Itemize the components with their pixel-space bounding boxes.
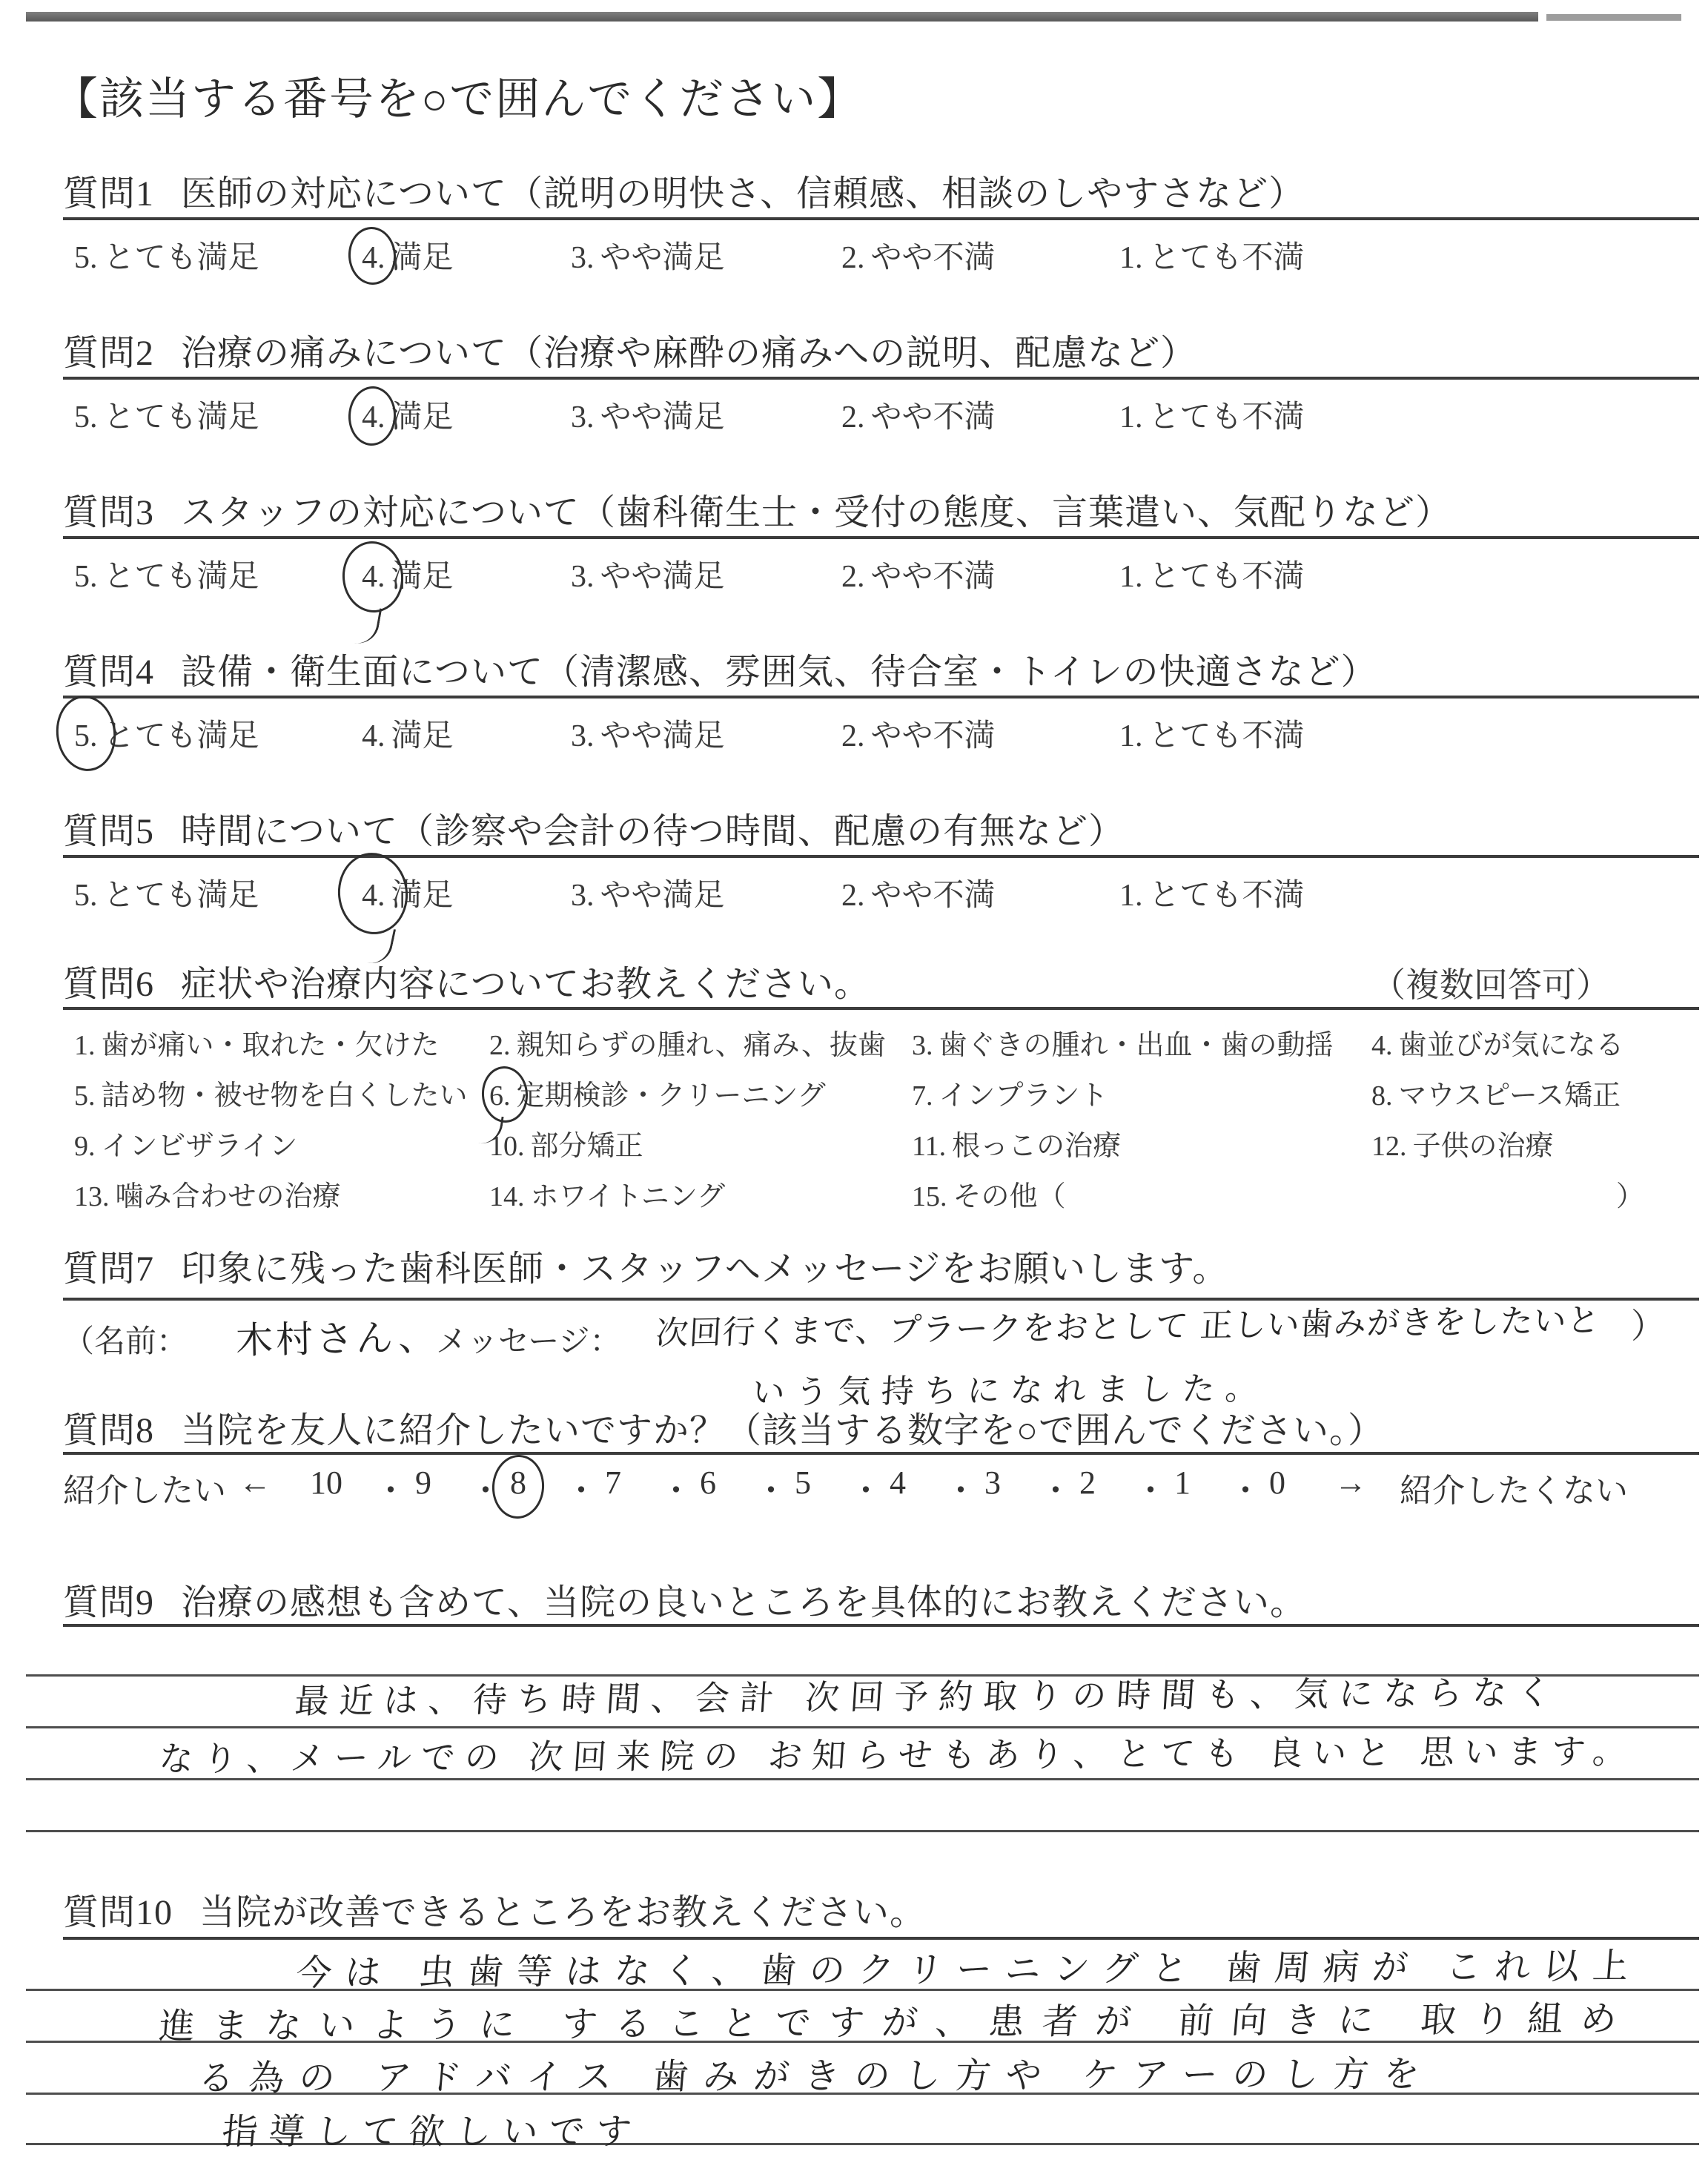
option-number: 2. bbox=[841, 879, 865, 913]
option-label: やや不満 bbox=[871, 879, 996, 913]
q1-option-2: 2.やや不満 bbox=[841, 233, 996, 277]
option-number: 5. bbox=[74, 400, 98, 435]
q8-number-1: 1 bbox=[1174, 1464, 1191, 1502]
question-1-underline bbox=[63, 217, 1699, 220]
question-4-number: 質問4 bbox=[63, 653, 154, 692]
option-label: やや満足 bbox=[600, 560, 725, 594]
survey-scan-page: 【該当する番号を○で囲んでください】 質問1医師の対応について（説明の明快さ、信… bbox=[0, 0, 1708, 2160]
question-4-header: 質問4設備・衛生面について（清潔感、雰囲気、待合室・トイレの快適さなど） bbox=[63, 643, 1377, 694]
option-number: 9. bbox=[74, 1131, 96, 1162]
q8-left-arrow-icon: ← bbox=[239, 1464, 271, 1502]
q2-option-1: 1.とても不満 bbox=[1119, 392, 1305, 437]
q8-dot: ・ bbox=[374, 1464, 407, 1511]
q8-number-2: 2 bbox=[1079, 1464, 1096, 1502]
question-1-number: 質問1 bbox=[63, 174, 154, 214]
option-label: 子供の治療 bbox=[1413, 1131, 1554, 1162]
q8-number-7: 7 bbox=[605, 1464, 621, 1502]
question-6-underline bbox=[63, 1007, 1699, 1010]
question-7-title: 印象に残った歯科医師・スタッフへメッセージをお願いします。 bbox=[181, 1249, 1228, 1289]
option-label: やや満足 bbox=[600, 241, 725, 275]
q10-answer-handwritten-line4: 指導して欲しいです bbox=[220, 2103, 645, 2154]
option-number: 2. bbox=[841, 560, 865, 594]
option-label: その他（ bbox=[953, 1181, 1066, 1212]
q4-option-4: 4.満足 bbox=[362, 711, 454, 756]
q2-option-2: 2.やや不満 bbox=[841, 392, 996, 437]
option-label: とても満足 bbox=[104, 400, 259, 435]
option-number: 1. bbox=[1119, 400, 1143, 435]
option-number: 1. bbox=[1119, 879, 1143, 913]
option-label: 根っこの治療 bbox=[952, 1131, 1121, 1162]
q9-answer-line bbox=[26, 1830, 1699, 1832]
option-label: ホワイトニング bbox=[531, 1181, 726, 1212]
option-label: 歯が痛い・取れた・欠けた bbox=[102, 1030, 440, 1061]
q8-number-0: 0 bbox=[1269, 1464, 1285, 1502]
option-label: インプラント bbox=[939, 1080, 1108, 1112]
q5-option-3: 3.やや満足 bbox=[571, 871, 725, 915]
q6-other-paren-close: ） bbox=[1616, 1173, 1644, 1214]
q10-answer-handwritten-line1: 今は 虫歯等はなく、歯のクリーニングと 歯周病が これ以上 bbox=[294, 1937, 1644, 1995]
q8-number-10: 10 bbox=[310, 1464, 342, 1502]
question-8-header: 質問8当院を友人に紹介したいですか？（該当する数字を○で囲んでください。） bbox=[63, 1401, 1384, 1453]
question-5-header: 質問5時間について（診察や会計の待つ時間、配慮の有無など） bbox=[63, 802, 1125, 853]
q7-message-label: メッセージ： bbox=[436, 1317, 620, 1361]
option-label: 満足 bbox=[391, 400, 454, 435]
q8-dot: ・ bbox=[1039, 1464, 1072, 1511]
question-5-title: 時間について（診察や会計の待つ時間、配慮の有無など） bbox=[181, 812, 1125, 851]
question-7-header: 質問7印象に残った歯科医師・スタッフへメッセージをお願いします。 bbox=[63, 1240, 1228, 1291]
option-label: やや満足 bbox=[600, 400, 725, 435]
q8-dot: ・ bbox=[1134, 1464, 1167, 1511]
option-label: とても不満 bbox=[1149, 400, 1305, 435]
q8-number-5: 5 bbox=[795, 1464, 811, 1502]
option-number: 1. bbox=[74, 1030, 96, 1061]
question-10-header: 質問10当院が改善できるところをお教えください。 bbox=[63, 1883, 926, 1935]
q8-number-6: 6 bbox=[700, 1464, 716, 1502]
option-number: 4. bbox=[1371, 1030, 1393, 1061]
q3-option-3: 3.やや満足 bbox=[571, 552, 725, 596]
option-number: 3. bbox=[571, 241, 595, 275]
q1-option-3: 3.やや満足 bbox=[571, 233, 725, 277]
question-2-underline bbox=[63, 377, 1699, 380]
option-label: 満足 bbox=[391, 241, 454, 275]
option-label: やや満足 bbox=[600, 719, 725, 753]
q6-option-15: 15.その他（ bbox=[912, 1173, 1066, 1214]
q7-name-label: （名前： bbox=[63, 1317, 188, 1361]
question-7-number: 質問7 bbox=[63, 1249, 154, 1289]
question-2-header: 質問2治療の痛みについて（治療や麻酔の痛みへの説明、配慮など） bbox=[63, 324, 1196, 375]
option-label: やや満足 bbox=[600, 879, 725, 913]
option-number: 3. bbox=[571, 560, 595, 594]
q6-option-1: 1.歯が痛い・取れた・欠けた bbox=[74, 1022, 440, 1063]
q8-dot: ・ bbox=[850, 1464, 882, 1511]
handwritten-circle-q4-rating-5 bbox=[52, 693, 120, 775]
question-10-number: 質問10 bbox=[63, 1893, 173, 1932]
question-6-header: 質問6症状や治療内容についてお教えください。 bbox=[63, 955, 870, 1006]
q6-option-9: 9.インビザライン bbox=[74, 1123, 297, 1163]
option-label: 定期検診・クリーニング bbox=[517, 1080, 826, 1112]
q6-option-10: 10.部分矯正 bbox=[489, 1123, 643, 1163]
option-label: とても不満 bbox=[1149, 241, 1305, 275]
option-label: 親知らずの腫れ、痛み、抜歯 bbox=[517, 1030, 887, 1061]
q8-dot: ・ bbox=[944, 1464, 977, 1511]
q8-right-label: 紹介したくない bbox=[1400, 1464, 1628, 1511]
question-1-header: 質問1医師の対応について（説明の明快さ、信頼感、相談のしやすさなど） bbox=[63, 165, 1305, 216]
q5-option-5: 5.とても満足 bbox=[74, 871, 259, 915]
q4-option-2: 2.やや不満 bbox=[841, 711, 996, 756]
q8-number-4: 4 bbox=[890, 1464, 906, 1502]
q6-option-5: 5.詰め物・被せ物を白くしたい bbox=[74, 1072, 468, 1113]
option-label: マウスピース矯正 bbox=[1399, 1080, 1621, 1112]
q8-left-label: 紹介したい bbox=[63, 1464, 226, 1511]
question-8-underline bbox=[63, 1452, 1699, 1455]
question-3-underline bbox=[63, 536, 1699, 539]
option-label: とても満足 bbox=[104, 879, 259, 913]
question-8-number: 質問8 bbox=[63, 1411, 154, 1450]
q8-dot: ・ bbox=[1229, 1464, 1262, 1511]
question-4-underline bbox=[63, 696, 1699, 698]
q6-multi-answer-note: （複数回答可） bbox=[1371, 958, 1610, 1007]
question-8-title: 当院を友人に紹介したいですか？（該当する数字を○で囲んでください。） bbox=[181, 1411, 1384, 1450]
q8-dot: ・ bbox=[565, 1464, 598, 1511]
q3-option-5: 5.とても満足 bbox=[74, 552, 259, 596]
option-label: 満足 bbox=[391, 719, 454, 753]
question-3-header: 質問3スタッフの対応について（歯科衛生士・受付の態度、言葉遣い、気配りなど） bbox=[63, 483, 1452, 535]
option-label: とても満足 bbox=[104, 241, 259, 275]
option-number: 5. bbox=[74, 241, 98, 275]
option-number: 15. bbox=[912, 1181, 947, 1212]
option-label: やや不満 bbox=[871, 560, 996, 594]
q1-option-5: 5.とても満足 bbox=[74, 233, 259, 277]
option-label: インビザライン bbox=[102, 1131, 298, 1162]
q6-option-8: 8.マウスピース矯正 bbox=[1371, 1072, 1621, 1113]
question-5-number: 質問5 bbox=[63, 812, 154, 851]
question-9-title: 治療の感想も含めて、当院の良いところを具体的にお教えください。 bbox=[181, 1583, 1306, 1622]
q9-answer-handwritten-line2: なり、メールでの 次回来院の お知らせもあり、とても 良いと 思います。 bbox=[158, 1725, 1638, 1781]
handwritten-circle-q3-rating-4 bbox=[340, 539, 406, 615]
option-number: 1. bbox=[1119, 719, 1143, 753]
option-number: 2. bbox=[841, 719, 865, 753]
question-3-title: スタッフの対応について（歯科衛生士・受付の態度、言葉遣い、気配りなど） bbox=[181, 493, 1452, 532]
q10-answer-handwritten-line2: 進まないように することですが、患者が 前向きに 取り組め bbox=[157, 1990, 1636, 2049]
option-label: 噛み合わせの治療 bbox=[116, 1181, 341, 1212]
q2-option-5: 5.とても満足 bbox=[74, 392, 259, 437]
question-4-title: 設備・衛生面について（清潔感、雰囲気、待合室・トイレの快適さなど） bbox=[181, 653, 1377, 692]
q6-option-11: 11.根っこの治療 bbox=[912, 1123, 1121, 1163]
q2-option-3: 3.やや満足 bbox=[571, 392, 725, 437]
q4-option-3: 3.やや満足 bbox=[571, 711, 725, 756]
question-10-title: 当院が改善できるところをお教えください。 bbox=[199, 1893, 926, 1932]
option-number: 3. bbox=[571, 719, 595, 753]
option-number: 4. bbox=[362, 719, 385, 753]
q7-paren-close: ） bbox=[1631, 1299, 1665, 1348]
option-number: 12. bbox=[1371, 1131, 1407, 1162]
option-number: 3. bbox=[912, 1030, 933, 1061]
q8-number-3: 3 bbox=[984, 1464, 1001, 1502]
option-label: とても不満 bbox=[1149, 879, 1305, 913]
option-number: 5. bbox=[74, 560, 98, 594]
q6-option-7: 7.インプラント bbox=[912, 1072, 1108, 1113]
question-9-header: 質問9治療の感想も含めて、当院の良いところを具体的にお教えください。 bbox=[63, 1573, 1306, 1625]
q5-option-1: 1.とても不満 bbox=[1119, 871, 1305, 915]
q5-option-2: 2.やや不満 bbox=[841, 871, 996, 915]
option-number: 8. bbox=[1371, 1080, 1393, 1112]
question-3-number: 質問3 bbox=[63, 493, 154, 532]
question-9-underline bbox=[63, 1624, 1699, 1627]
option-number: 11. bbox=[912, 1131, 946, 1162]
handwritten-circle-q3-tail bbox=[354, 605, 383, 647]
option-number: 5. bbox=[74, 879, 98, 913]
q8-number-9: 9 bbox=[415, 1464, 431, 1502]
page-title: 【該当する番号を○で囲んでください】 bbox=[53, 64, 863, 128]
q8-right-arrow-icon: → bbox=[1334, 1464, 1367, 1502]
q6-option-12: 12.子供の治療 bbox=[1371, 1123, 1554, 1163]
question-2-number: 質問2 bbox=[63, 334, 154, 373]
q3-option-1: 1.とても不満 bbox=[1119, 552, 1305, 596]
option-label: とても不満 bbox=[1149, 719, 1305, 753]
q6-option-4: 4.歯並びが気になる bbox=[1371, 1022, 1624, 1063]
question-9-number: 質問9 bbox=[63, 1583, 154, 1622]
option-label: やや不満 bbox=[871, 241, 996, 275]
option-label: とても不満 bbox=[1149, 560, 1305, 594]
option-label: やや不満 bbox=[871, 719, 996, 753]
option-label: やや不満 bbox=[871, 400, 996, 435]
option-number: 13. bbox=[74, 1181, 110, 1212]
q3-option-2: 2.やや不満 bbox=[841, 552, 996, 596]
option-number: 1. bbox=[1119, 560, 1143, 594]
option-number: 7. bbox=[912, 1080, 933, 1112]
question-6-title: 症状や治療内容についてお教えください。 bbox=[181, 965, 870, 1004]
option-label: 歯並びが気になる bbox=[1399, 1030, 1624, 1061]
option-number: 14. bbox=[489, 1181, 525, 1212]
q6-option-13: 13.噛み合わせの治療 bbox=[74, 1173, 341, 1214]
option-label: 詰め物・被せ物を白くしたい bbox=[102, 1080, 468, 1112]
q8-dot: ・ bbox=[660, 1464, 692, 1511]
option-number: 3. bbox=[571, 400, 595, 435]
q10-answer-handwritten-line3: る為の アドバイス 歯みがきのし方や ケアーのし方を bbox=[196, 2045, 1437, 2101]
q6-option-14: 14.ホワイトニング bbox=[489, 1173, 725, 1214]
q7-name-handwritten: 木村さん、 bbox=[235, 1307, 438, 1364]
option-label: とても満足 bbox=[104, 719, 259, 753]
option-number: 2. bbox=[841, 241, 865, 275]
q1-option-1: 1.とても不満 bbox=[1119, 233, 1305, 277]
option-label: 歯ぐきの腫れ・出血・歯の動揺 bbox=[939, 1030, 1334, 1061]
question-1-title: 医師の対応について（説明の明快さ、信頼感、相談のしやすさなど） bbox=[181, 174, 1305, 214]
q6-option-3: 3.歯ぐきの腫れ・出血・歯の動揺 bbox=[912, 1022, 1334, 1063]
q4-option-1: 1.とても不満 bbox=[1119, 711, 1305, 756]
scan-edge-bar-right bbox=[1546, 14, 1681, 21]
option-number: 1. bbox=[1119, 241, 1143, 275]
option-label: 部分矯正 bbox=[531, 1131, 643, 1162]
question-6-number: 質問6 bbox=[63, 965, 154, 1004]
q8-dot: ・ bbox=[755, 1464, 787, 1511]
q6-option-6: 6.定期検診・クリーニング bbox=[489, 1072, 826, 1113]
handwritten-circle-q5-rating-4 bbox=[334, 849, 412, 937]
question-5-underline bbox=[63, 855, 1699, 858]
option-number: 2. bbox=[489, 1030, 511, 1061]
q6-option-2: 2.親知らずの腫れ、痛み、抜歯 bbox=[489, 1022, 886, 1063]
scan-edge-bar bbox=[26, 12, 1538, 22]
question-2-title: 治療の痛みについて（治療や麻酔の痛みへの説明、配慮など） bbox=[181, 334, 1196, 373]
option-number: 2. bbox=[841, 400, 865, 435]
option-number: 3. bbox=[571, 879, 595, 913]
q9-answer-handwritten-line1: 最近は、待ち時間、会計 次回予約取りの時間も、気にならなく bbox=[294, 1665, 1563, 1723]
q7-message-handwritten-line1: 次回行くまで、プラークをおとして 正しい歯みがきをしたいと bbox=[655, 1293, 1602, 1354]
option-number: 5. bbox=[74, 1080, 96, 1112]
option-label: とても満足 bbox=[104, 560, 259, 594]
